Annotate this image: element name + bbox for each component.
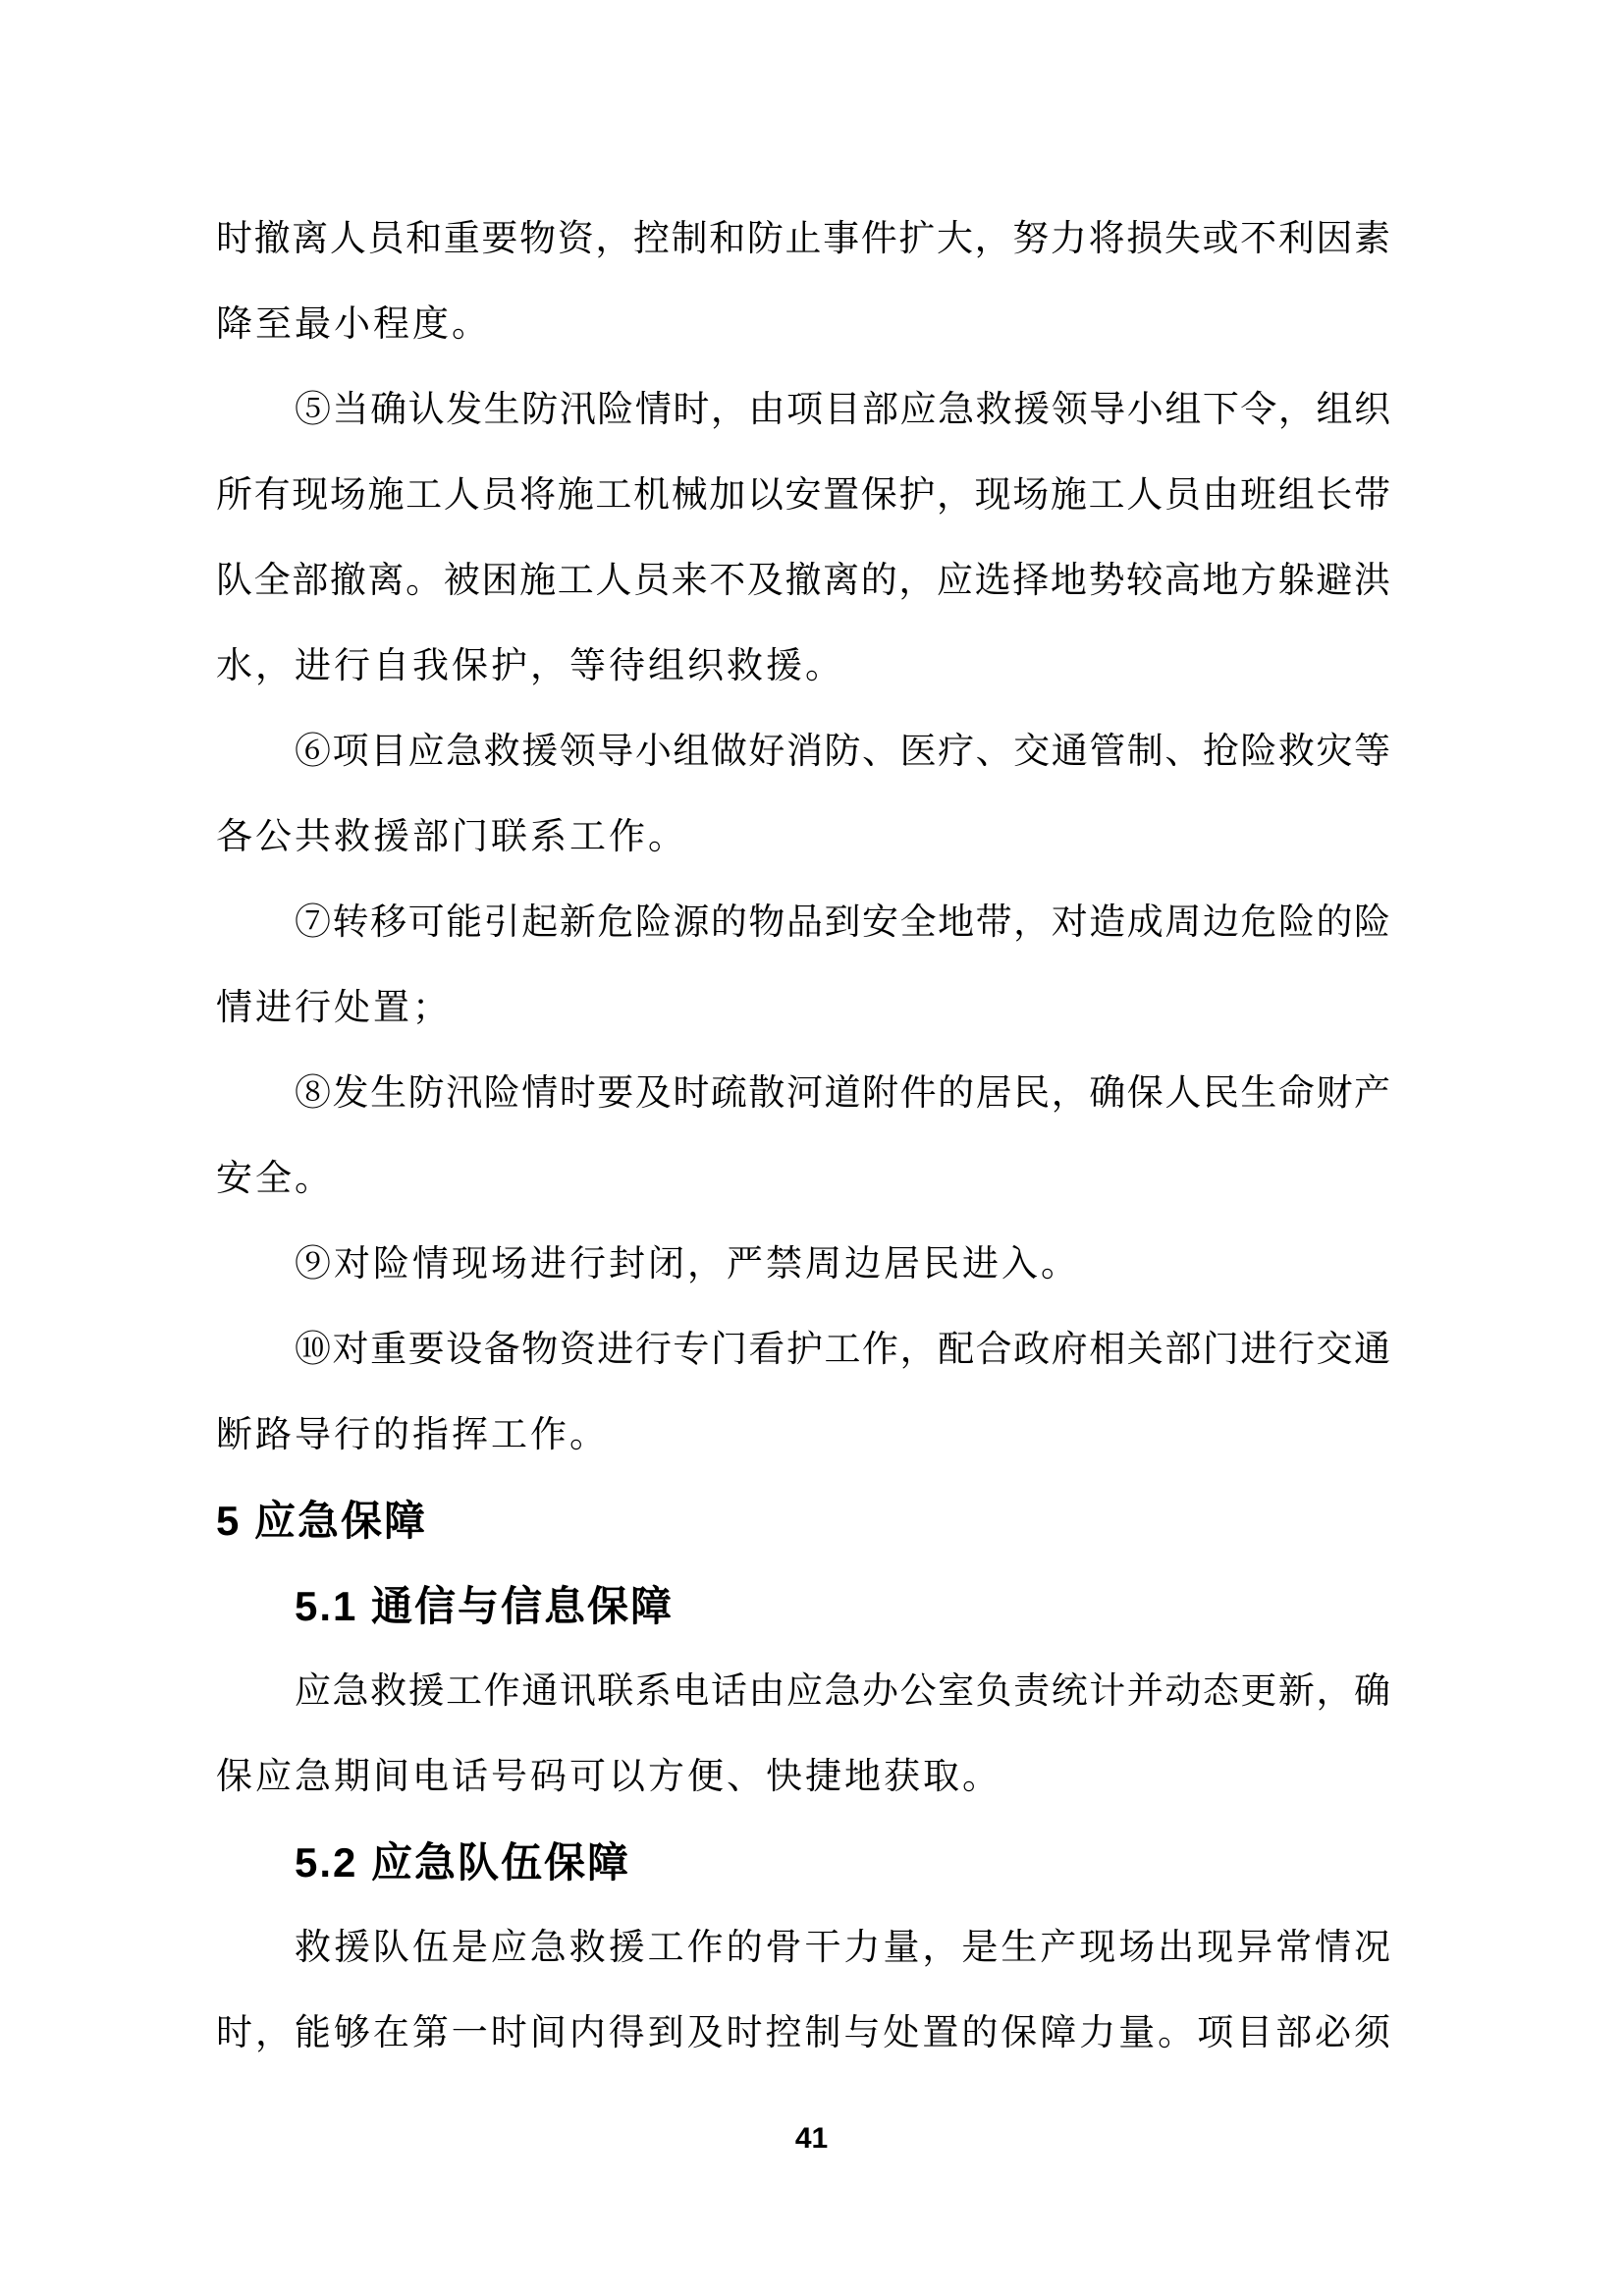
list-item-8-line: ⑧发生防汛险情时要及时疏散河道附件的居民，确保人民生命财产	[216, 1051, 1390, 1136]
text-line: 救援队伍是应急救援工作的骨干力量，是生产现场出现异常情况	[216, 1905, 1390, 1991]
list-item-5-line: ⑤当确认发生防汛险情时，由项目部应急救援领导小组下令，组织	[216, 367, 1390, 453]
heading-section-5-2: 5.2 应急队伍保障	[216, 1820, 1390, 1905]
page-number: 41	[0, 2119, 1623, 2159]
list-item-9-line: ⑨对险情现场进行封闭，严禁周边居民进入。	[216, 1222, 1390, 1307]
heading-section-5: 5 应急保障	[216, 1478, 1390, 1563]
list-item-10-line: ⑩对重要设备物资进行专门看护工作，配合政府相关部门进行交通	[216, 1307, 1390, 1393]
page-body-text: 时撤离人员和重要物资，控制和防止事件扩大，努力将损失或不利因素 降至最小程度。 …	[216, 196, 1390, 2076]
text-line: 应急救援工作通讯联系电话由应急办公室负责统计并动态更新，确	[216, 1649, 1390, 1734]
heading-section-5-1: 5.1 通信与信息保障	[216, 1563, 1390, 1649]
text-line: 各公共救援部门联系工作。	[216, 794, 1390, 880]
text-line: 保应急期间电话号码可以方便、快捷地获取。	[216, 1734, 1390, 1820]
list-item-6-line: ⑥项目应急救援领导小组做好消防、医疗、交通管制、抢险救灾等	[216, 709, 1390, 794]
text-line: 时撤离人员和重要物资，控制和防止事件扩大，努力将损失或不利因素	[216, 196, 1390, 282]
text-line: 水，进行自我保护，等待组织救援。	[216, 624, 1390, 709]
text-line: 安全。	[216, 1136, 1390, 1222]
list-item-7-line: ⑦转移可能引起新危险源的物品到安全地带，对造成周边危险的险	[216, 880, 1390, 965]
text-line: 降至最小程度。	[216, 282, 1390, 367]
text-line: 断路导行的指挥工作。	[216, 1393, 1390, 1478]
text-line: 情进行处置；	[216, 965, 1390, 1051]
text-line: 队全部撤离。被困施工人员来不及撤离的，应选择地势较高地方躲避洪	[216, 538, 1390, 624]
text-line: 所有现场施工人员将施工机械加以安置保护，现场施工人员由班组长带	[216, 453, 1390, 538]
text-line: 时，能够在第一时间内得到及时控制与处置的保障力量。项目部必须	[216, 1991, 1390, 2076]
document-page: 时撤离人员和重要物资，控制和防止事件扩大，努力将损失或不利因素 降至最小程度。 …	[0, 0, 1623, 2296]
